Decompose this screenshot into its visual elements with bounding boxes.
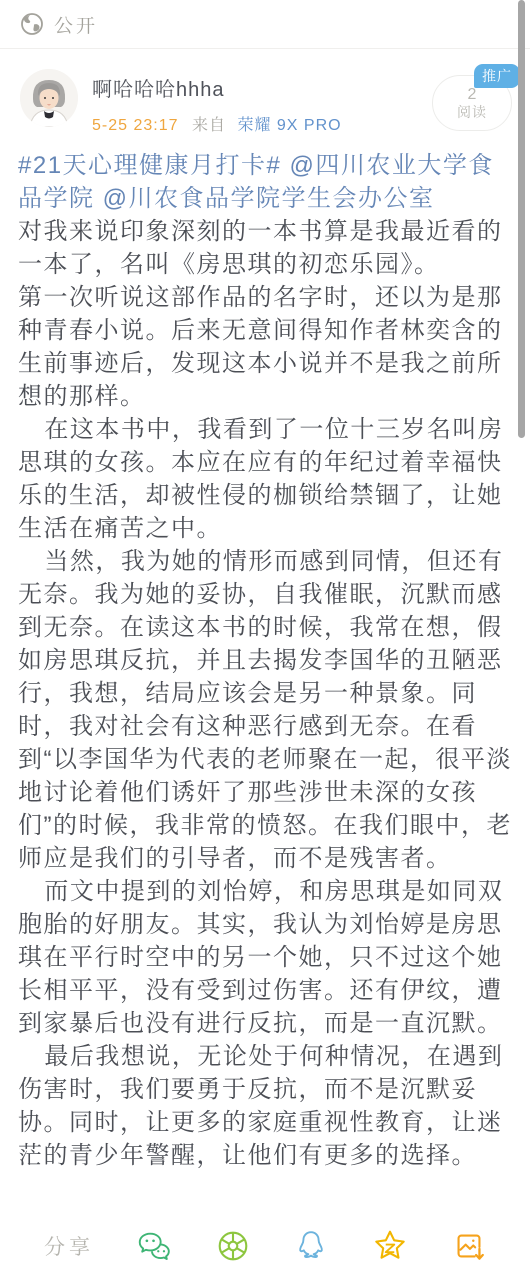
paragraph: 对我来说印象深刻的一本书算是我最近看的一本了，名叫《房思琪的初恋乐园》。 xyxy=(18,215,514,281)
qq-icon[interactable] xyxy=(292,1227,330,1265)
read-stats: 2 阅读 推广 xyxy=(432,75,512,131)
post-time: 5-25 23:17 xyxy=(92,117,179,134)
save-image-icon[interactable] xyxy=(450,1227,488,1265)
wechat-moments-icon[interactable] xyxy=(214,1227,252,1265)
device-link[interactable]: 荣耀 9X PRO xyxy=(237,117,341,134)
paragraph: 最后我想说，无论处于何种情况，在遇到伤害时，我们要勇于反抗，而不是沉默妥协。同时… xyxy=(18,1040,514,1172)
read-count: 2 xyxy=(468,86,477,104)
globe-icon[interactable] xyxy=(20,12,44,36)
paragraph: 在这本书中，我看到了一位十三岁名叫房思琪的女孩。本应在应有的年纪过着幸福快乐的生… xyxy=(18,413,514,545)
paragraph: 而文中提到的刘怡婷，和房思琪是如同双胞胎的好朋友。其实，我认为刘怡婷是房思琪在平… xyxy=(18,875,514,1040)
paragraph: 第一次听说这部作品的名字时，还以为是那种青春小说。后来无意间得知作者林奕含的生前… xyxy=(18,281,514,413)
qzone-icon[interactable] xyxy=(371,1227,409,1265)
post-header: 啊哈哈哈hhha 5-25 23:17 来自 荣耀 9X PRO 2 阅读 推广 xyxy=(0,49,530,135)
promo-badge[interactable]: 推广 xyxy=(474,64,520,88)
user-info: 啊哈哈哈hhha 5-25 23:17 来自 荣耀 9X PRO xyxy=(92,69,432,135)
share-label: 分享 xyxy=(44,1231,94,1261)
via-label: 来自 xyxy=(192,117,226,134)
avatar[interactable] xyxy=(20,69,78,127)
visibility-label[interactable]: 公开 xyxy=(54,11,98,38)
post-meta: 5-25 23:17 来自 荣耀 9X PRO xyxy=(92,112,432,135)
read-label: 阅读 xyxy=(457,104,487,121)
user-name[interactable]: 啊哈哈哈hhha xyxy=(92,73,432,102)
paragraph: 当然，我为她的情形而感到同情，但还有无奈。我为她的妥协，自我催眠，沉默而感到无奈… xyxy=(18,545,514,875)
hashtag-mentions-line[interactable]: #21天心理健康月打卡# @四川农业大学食品学院 @川农食品学院学生会办公室 xyxy=(18,149,514,215)
wechat-icon[interactable] xyxy=(135,1227,173,1265)
scrollbar[interactable] xyxy=(518,0,525,438)
visibility-bar: 公开 xyxy=(0,0,530,49)
post-content: #21天心理健康月打卡# @四川农业大学食品学院 @川农食品学院学生会办公室 对… xyxy=(0,135,530,1172)
share-bar: 分享 xyxy=(0,1218,530,1274)
